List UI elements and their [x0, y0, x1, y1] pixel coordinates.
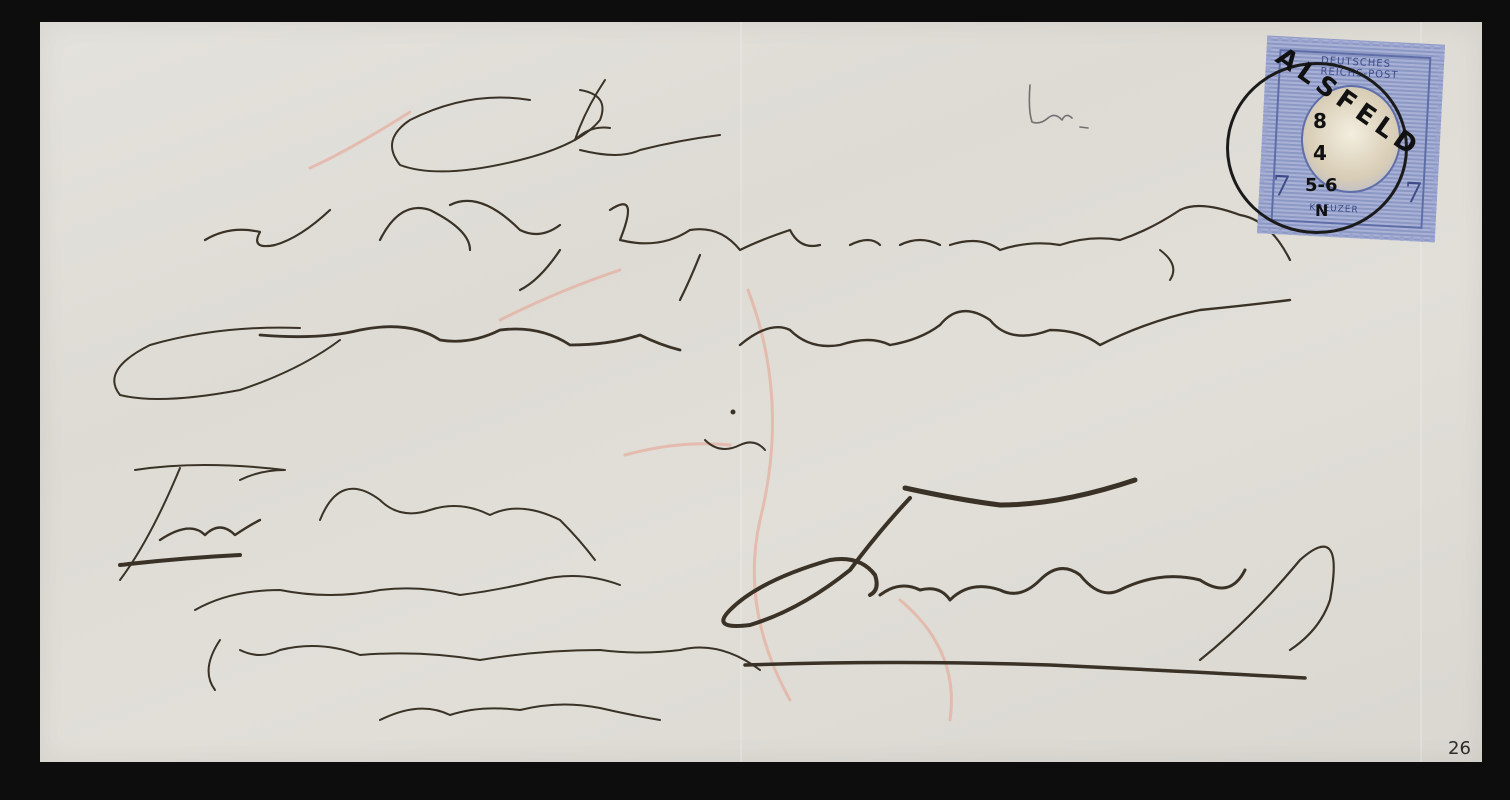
stamp-value-right: 7 — [1404, 176, 1424, 210]
postmark-time: 5-6 — [1305, 175, 1338, 196]
circular-postmark: ALSFELD 8 4 5-6 N — [1226, 62, 1408, 234]
postmark-day: 8 — [1313, 109, 1327, 133]
archive-number: 26 — [1448, 738, 1471, 759]
postmark-month: 4 — [1313, 141, 1327, 165]
postmark-suffix: N — [1315, 201, 1328, 220]
